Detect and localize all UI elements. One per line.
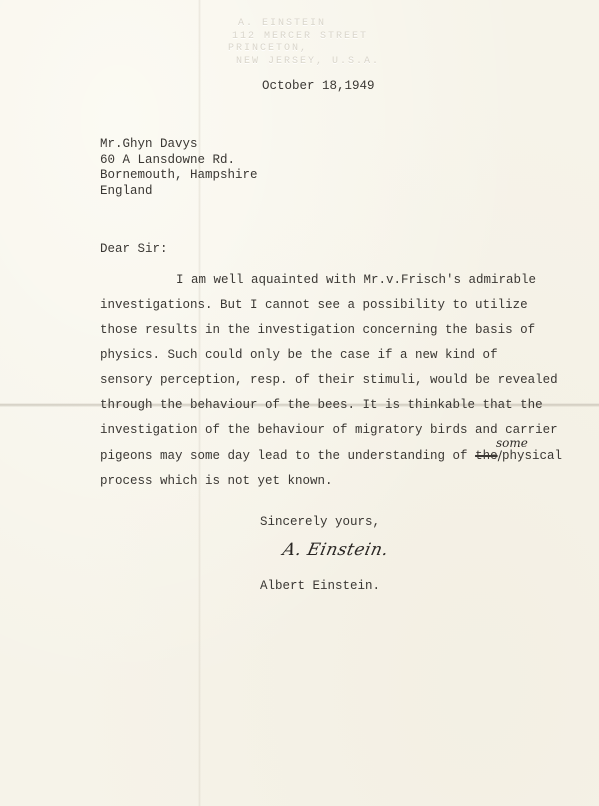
handwritten-signature: A. Einstein. — [281, 540, 391, 560]
closing: Sincerely yours, — [260, 515, 380, 529]
body-line: I am well aquainted with Mr.v.Frisch's a… — [100, 268, 570, 293]
body-line: those results in the investigation conce… — [100, 318, 570, 343]
letter-date: October 18,1949 — [262, 79, 375, 93]
body-text-segment: pigeons may some day lead to the underst… — [100, 449, 475, 463]
recipient-street: 60 A Lansdowne Rd. — [100, 153, 258, 169]
recipient-country: England — [100, 184, 258, 200]
recipient-city: Bornemouth, Hampshire — [100, 168, 258, 184]
body-line-with-correction: pigeons may some day lead to the underst… — [100, 443, 570, 469]
salutation: Dear Sir: — [100, 242, 168, 256]
body-line: process which is not yet known. — [100, 469, 570, 494]
body-line: physics. Such could only be the case if … — [100, 343, 570, 368]
letterhead-street: 112 MERCER STREET — [228, 31, 388, 44]
struck-out-word: the — [475, 449, 498, 463]
letter-body: I am well aquainted with Mr.v.Frisch's a… — [100, 268, 570, 494]
recipient-name: Mr.Ghyn Davys — [100, 137, 258, 153]
letterhead-city: PRINCETON, — [228, 43, 388, 56]
handwritten-insertion: some — [496, 431, 528, 456]
letter-page: A. EINSTEIN 112 MERCER STREET PRINCETON,… — [0, 0, 599, 806]
letterhead-name: A. EINSTEIN — [228, 18, 388, 31]
letterhead-state: NEW JERSEY, U.S.A. — [228, 56, 388, 69]
embossed-letterhead: A. EINSTEIN 112 MERCER STREET PRINCETON,… — [228, 18, 388, 68]
body-line: investigations. But I cannot see a possi… — [100, 293, 570, 318]
recipient-address: Mr.Ghyn Davys 60 A Lansdowne Rd. Bornemo… — [100, 137, 258, 199]
body-line: through the behaviour of the bees. It is… — [100, 393, 570, 418]
signatory-name: Albert Einstein. — [260, 579, 380, 593]
body-line: sensory perception, resp. of their stimu… — [100, 368, 570, 393]
